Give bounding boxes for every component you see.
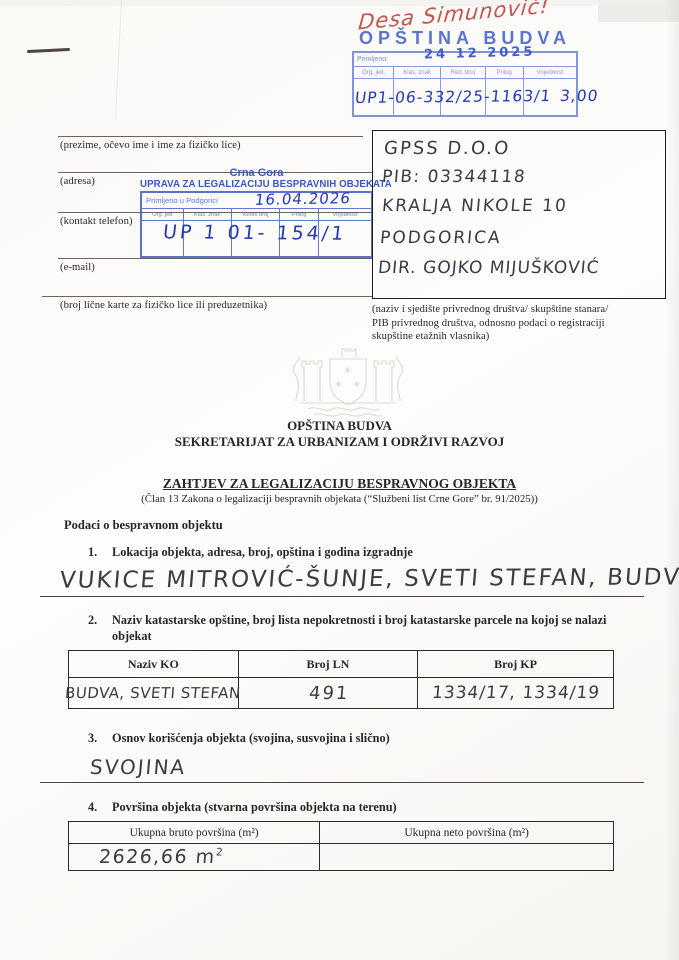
authority-name: OPŠTINA BUDVA xyxy=(0,418,679,434)
uprava-stamp-received-label: Primljeno u Podgorici xyxy=(142,196,218,205)
budva-stamp-col-prilog: Prilog xyxy=(485,67,523,78)
q1-label: Lokacija objekta, adresa, broj, opština … xyxy=(112,545,413,560)
id-field-line xyxy=(42,296,372,297)
area-table: Ukupna bruto površina (m²) Ukupna neto p… xyxy=(68,821,614,871)
applicant-pib-handwriting: PIB: 03344118 xyxy=(381,167,527,187)
email-field-label: (e-mail) xyxy=(60,262,95,273)
q1-answer-handwriting: VUKICE MITROVIĆ-ŠUNJE, SVETI STEFAN, BUD… xyxy=(59,564,679,593)
cadastre-value-naziv-ko-handwriting: BUDVA, SVETI STEFAN xyxy=(65,684,242,702)
svg-text:✶: ✶ xyxy=(352,378,361,391)
scan-right-edge xyxy=(664,0,679,960)
area-value-bruto-superscript: 2 xyxy=(215,847,224,859)
cadastre-value-broj-ln-handwriting: 491 xyxy=(308,683,350,704)
q2-label: Naziv katastarske opštine, broj lista ne… xyxy=(112,613,624,644)
budva-case-number-handwriting: UP1-06-332/25-1163/1 xyxy=(354,87,552,107)
uprava-stamp-title: UPRAVA ZA LEGALIZACIJU BESPRAVNIH OBJEKA… xyxy=(140,179,373,190)
budva-stamp-col-red: Red. broj xyxy=(440,67,485,78)
budva-stamp-date: 24 12 2025 xyxy=(424,45,536,63)
cadastre-header-broj-ln: Broj LN xyxy=(238,651,418,677)
cadastre-header-naziv-ko: Naziv KO xyxy=(69,651,238,677)
budva-stamp-col-vrijednost: Vrijednost xyxy=(523,67,576,78)
id-field-label: (broj lične karte za fizičko lice ili pr… xyxy=(60,300,267,311)
applicant-box-caption: (naziv i sjedište privrednog društva/ sk… xyxy=(372,303,672,344)
budva-stamp-received-label: Primljeno: xyxy=(354,56,388,63)
svg-text:✶: ✶ xyxy=(334,378,343,391)
q3-answer-line xyxy=(40,782,644,783)
cadastre-table: Naziv KO Broj LN Broj KP BUDVA, SVETI ST… xyxy=(68,650,614,709)
scanned-form-page: Desa Simunović! OPŠTINA BUDVA Primljeno:… xyxy=(0,0,679,960)
q1-number: 1. xyxy=(88,545,97,560)
uprava-stamp-col-vrijednost: Vrijednost xyxy=(318,209,371,220)
q1-answer-line xyxy=(40,596,644,597)
cadastre-cell-broj-ln: 491 xyxy=(238,678,418,708)
section-title: Podaci o bespravnom objektu xyxy=(64,518,223,533)
applicant-director-handwriting: DIR. GOJKO MIJUŠKOVIĆ xyxy=(377,258,600,278)
form-title: ZAHTJEV ZA LEGALIZACIJU BESPRAVNOG OBJEK… xyxy=(0,476,679,492)
area-value-bruto-handwriting: 2626,66 m2 xyxy=(98,846,225,868)
q4-label: Površina objekta (stvarna površina objek… xyxy=(112,800,397,815)
cadastre-header-broj-kp: Broj KP xyxy=(417,651,613,677)
email-field-line xyxy=(58,258,373,259)
uprava-stamp-date-handwriting: 16.04.2026 xyxy=(254,189,352,209)
authority-department: SEKRETARIJAT ZA URBANIZAM I ODRŽIVI RAZV… xyxy=(0,434,679,450)
uprava-stamp-col-redni: Redni broj xyxy=(231,209,279,220)
q2-number: 2. xyxy=(88,613,97,628)
q3-label: Osnov korišćenja objekta (svojina, susvo… xyxy=(112,731,390,746)
svg-text:✶: ✶ xyxy=(343,364,352,377)
staple-mark xyxy=(27,48,70,53)
budva-stamp-col-org: Org. jed. xyxy=(354,67,393,78)
cadastre-cell-broj-kp: 1334/17, 1334/19 xyxy=(417,678,613,708)
uprava-stamp-col-prilog: Prilog xyxy=(279,209,318,220)
q4-number: 4. xyxy=(88,800,97,815)
q3-number: 3. xyxy=(88,731,97,746)
uprava-stamp-country: Crna Gora xyxy=(140,167,373,179)
name-field-label: (prezime, očevo ime i ime za fizičko lic… xyxy=(60,140,241,151)
area-header-neto: Ukupna neto površina (m²) xyxy=(319,822,613,843)
uprava-stamp-col-klas: Klas. znak xyxy=(183,209,231,220)
uprava-stamp-col-org: Org. jed xyxy=(142,209,183,220)
paper-crease xyxy=(115,0,122,118)
form-subtitle: (Član 13 Zakona o legalizaciji bespravni… xyxy=(0,493,679,505)
cadastre-cell-naziv-ko: BUDVA, SVETI STEFAN xyxy=(69,678,238,708)
applicant-city-handwriting: PODGORICA xyxy=(379,228,502,248)
uprava-case-number-handwriting: UP 1 01- 154/1 xyxy=(162,221,348,245)
cadastre-value-broj-kp-handwriting: 1334/17, 1334/19 xyxy=(431,683,601,703)
area-header-bruto: Ukupna bruto površina (m²) xyxy=(69,822,319,843)
q3-answer-handwriting: SVOJINA xyxy=(89,755,187,779)
applicant-company-handwriting: GPSS D.O.O xyxy=(383,138,511,159)
area-cell-neto xyxy=(319,844,613,870)
name-field-line xyxy=(58,136,363,137)
address-field-label: (adresa) xyxy=(60,176,95,187)
applicant-street-handwriting: KRALJA NIKOLE 10 xyxy=(381,196,568,216)
phone-field-label: (kontakt telefon) xyxy=(60,216,133,227)
budva-stamp-col-klas: Klas. znak xyxy=(393,67,440,78)
area-cell-bruto: 2626,66 m2 xyxy=(69,844,319,870)
budva-coat-of-arms-icon: ✶ ✶ ✶ xyxy=(282,341,414,430)
scan-top-edge xyxy=(0,0,679,6)
budva-fee-handwriting: 3,00 xyxy=(559,87,600,105)
